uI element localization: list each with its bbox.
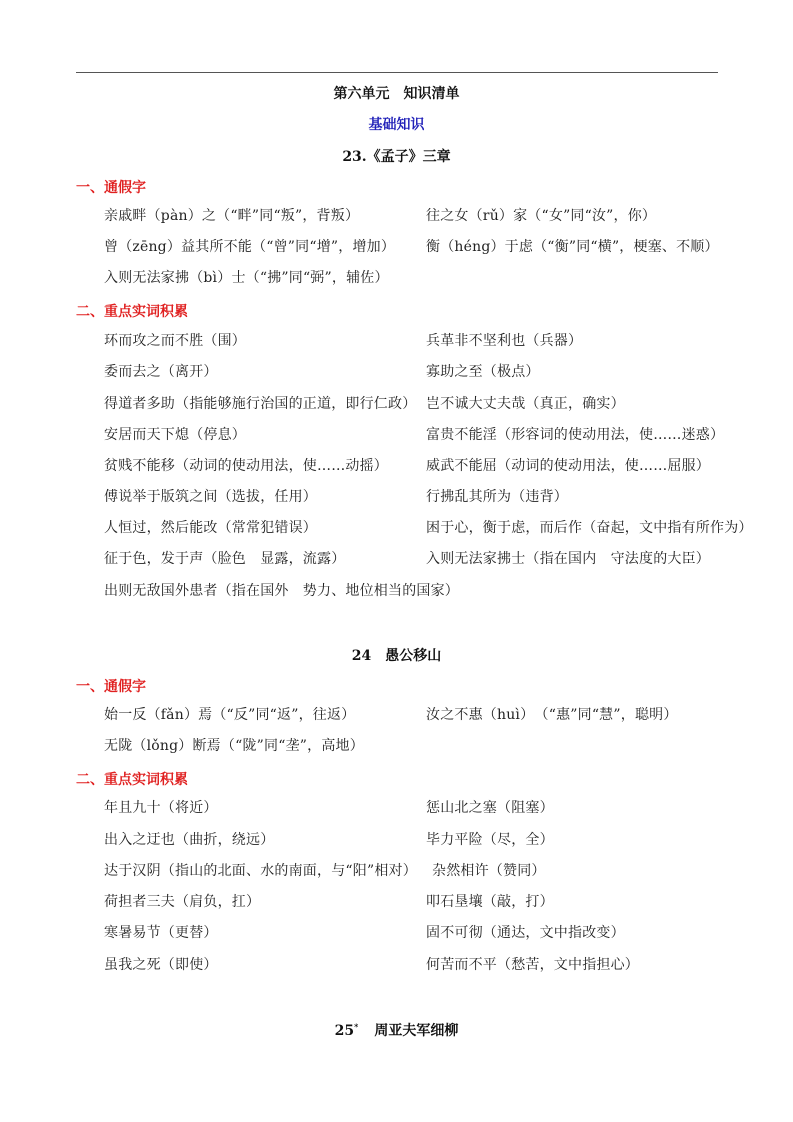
lesson-25-name: 周亚夫军细柳 xyxy=(374,1023,458,1039)
list-item: 何苦而不平（愁苦，文中指担心） xyxy=(426,954,639,974)
list-item: 叩石垦壤（敲，打） xyxy=(426,891,554,911)
section-heading-shici: 二、重点实词积累 xyxy=(76,769,188,789)
list-item: 入则无法家拂（bì）士（“拂”同“弼”，辅佐） xyxy=(104,267,389,287)
page-subtitle: 基础知识 xyxy=(0,114,793,134)
list-item: 人恒过，然后能改（常常犯错误） xyxy=(104,517,317,537)
list-item: 固不可彻（通达，文中指改变） xyxy=(426,922,625,942)
list-item: 寡助之至（极点） xyxy=(426,361,540,381)
list-item: 安居而天下熄（停息） xyxy=(104,424,246,444)
lesson-25-title: 25*周亚夫军细柳 xyxy=(0,1020,793,1040)
list-item: 寒暑易节（更替） xyxy=(104,922,218,942)
list-item: 无陇（lǒng）断焉（“陇”同“垄”，高地） xyxy=(104,735,364,755)
list-item: 荷担者三夫（肩负，扛） xyxy=(104,891,260,911)
optional-mark: * xyxy=(354,1021,358,1031)
list-item: 汝之不惠（huì） （“惠”同“慧”，聪明） xyxy=(426,704,678,724)
list-item: 贫贱不能移（动词的使动用法，使……动摇） xyxy=(104,455,388,475)
list-item: 出则无敌国外患者（指在国外 势力、地位相当的国家） xyxy=(104,580,459,600)
list-item: 委而去之（离开） xyxy=(104,361,218,381)
list-item: 曾（zēng）益其所不能（“曾”同“增”，增加） xyxy=(104,236,395,256)
list-item: 始一反（fǎn）焉（“反”同“返”，往返） xyxy=(104,704,355,724)
lesson-23-title: 23.《孟子》三章 xyxy=(0,146,793,166)
list-item: 征于色，发于声（脸色 显露，流露） xyxy=(104,548,345,568)
list-item: 行拂乱其所为（违背） xyxy=(426,486,568,506)
list-item: 得道者多助（指能够施行治国的正道，即行仁政） xyxy=(104,393,416,413)
list-item: 出入之迂也（曲折，绕远） xyxy=(104,829,274,849)
list-item: 威武不能屈（动词的使动用法，使……屈服） xyxy=(426,455,710,475)
list-item: 岂不诚大丈夫哉（真正，确实） xyxy=(426,393,625,413)
list-item: 困于心，衡于虑，而后作（奋起，文中指有所作为） xyxy=(426,517,753,537)
section-heading-tongjiazi: 一、通假字 xyxy=(76,177,146,197)
list-item: 达于汉阴（指山的北面、水的南面，与“阳”相对） xyxy=(104,860,417,880)
list-item: 年且九十（将近） xyxy=(104,797,218,817)
list-item: 亲戚畔（pàn）之（“畔”同“叛”，背叛） xyxy=(104,205,359,225)
list-item: 入则无法家拂士（指在国内 守法度的大臣） xyxy=(426,548,710,568)
list-item: 傅说举于版筑之间（选拔，任用） xyxy=(104,486,317,506)
lesson-24-title: 24 愚公移山 xyxy=(0,645,793,665)
list-item: 杂然相许（赞同） xyxy=(432,860,546,880)
list-item: 兵革非不坚利也（兵器） xyxy=(426,330,582,350)
lesson-25-number: 25 xyxy=(335,1023,354,1039)
section-heading-tongjiazi: 一、通假字 xyxy=(76,676,146,696)
list-item: 虽我之死（即使） xyxy=(104,954,218,974)
page-title: 第六单元 知识清单 xyxy=(0,83,793,103)
list-item: 环而攻之而不胜（围） xyxy=(104,330,246,350)
list-item: 往之女（rǔ）家（“女”同“汝”，你） xyxy=(426,205,656,225)
list-item: 富贵不能淫（形容词的使动用法，使……迷惑） xyxy=(426,424,724,444)
header-rule xyxy=(76,72,718,73)
list-item: 衡（héng）于虑（“衡”同“横”，梗塞、不顺） xyxy=(426,236,719,256)
section-heading-shici: 二、重点实词积累 xyxy=(76,301,188,321)
list-item: 惩山北之塞（阻塞） xyxy=(426,797,554,817)
list-item: 毕力平险（尽，全） xyxy=(426,829,554,849)
